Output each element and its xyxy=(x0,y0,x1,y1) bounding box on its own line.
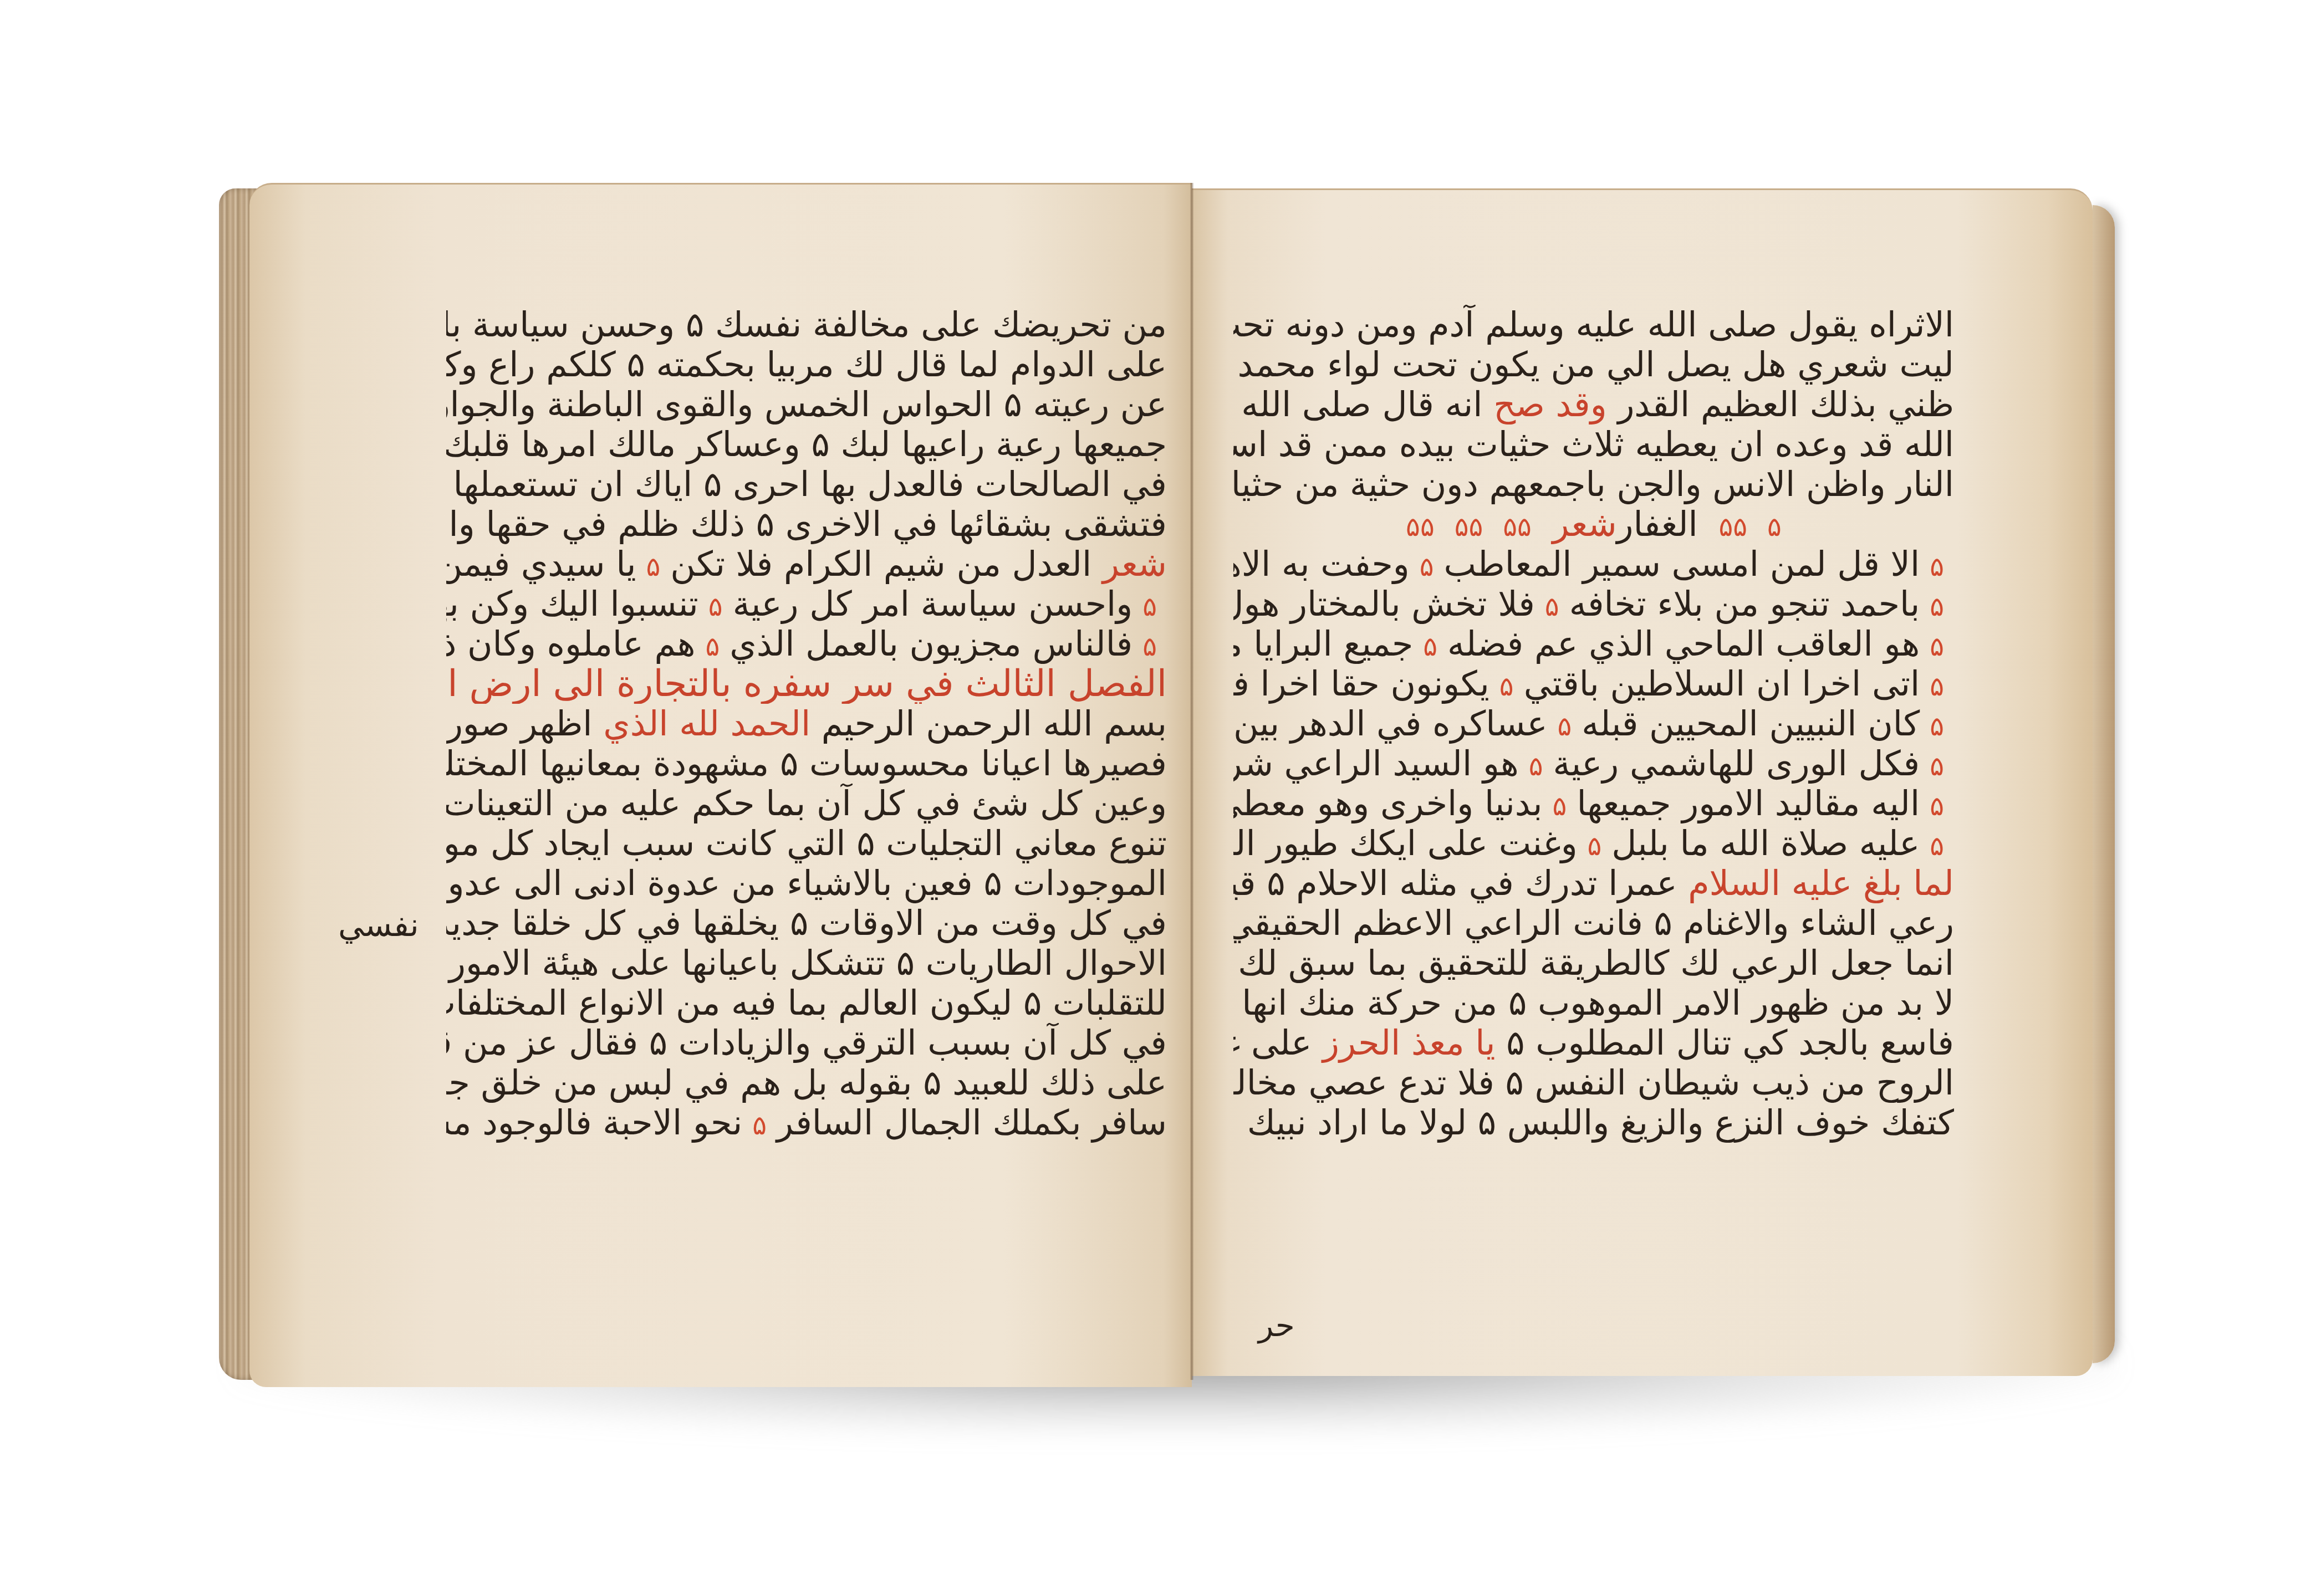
text-line: على الدوام لما قال لك مربيا بحكمته ۵ كلك… xyxy=(446,345,1167,385)
basmala-line: بسم الله الرحمن الرحيم الحمد لله الذي اظ… xyxy=(446,704,1167,744)
text-line: وعين كل شئ في كل آن بما حكم عليه من التع… xyxy=(446,784,1167,823)
text-line: ظني بذلك العظيم القدر وقد صح انه قال صلى… xyxy=(1233,385,1954,424)
text-line: الله قد وعده ان يعطيه ثلاث حثيات بيده مم… xyxy=(1233,424,1954,464)
text-line: في الصالحات فالعدل بها احرى ۵ اياك ان تس… xyxy=(446,464,1167,504)
text-line: فصيرها اعيانا محسوسات ۵ مشهودة بمعانيها … xyxy=(446,744,1167,784)
text-line: الموجودات ۵ فعين بالاشياء من عدوة ادنى ا… xyxy=(446,863,1167,903)
text-line: فتشقى بشقائها في الاخرى ۵ ذلك ظلم في حقه… xyxy=(446,504,1167,544)
text-line: الاثراه يقول صلى الله عليه وسلم آدم ومن … xyxy=(1233,305,1954,345)
text-line: في كل وقت من الاوقات ۵ يخلقها في كل خلقا… xyxy=(446,903,1167,943)
poem-line: ۵الا قل لمن امسى سمير المعاطب۵وحفت به ال… xyxy=(1233,544,1954,584)
rubric-line: فاسع بالجد كي تنال المطلوب ۵ يا معذ الحر… xyxy=(1233,1023,1954,1063)
poem-line: سافر بكملك الجمال السافر۵نحو الاحبة فالو… xyxy=(446,1103,1167,1143)
open-manuscript: من تحريضك على مخالفة نفسك ۵ وحسن سياسة ب… xyxy=(219,183,2115,1419)
margin-note: نفسي xyxy=(338,906,419,944)
poem-line: ۵عليه صلاة الله ما بلبل۵وغنت على ايكك طي… xyxy=(1233,823,1954,863)
poem-line: ۵واحسن سياسة امر كل رعية۵تنسبوا اليك وكن… xyxy=(446,584,1167,624)
catchword: حر xyxy=(1258,1308,1295,1344)
text-line: رعي الشاء والاغنام ۵ فانت الراعي الاعظم … xyxy=(1233,903,1954,943)
text-line: النار واظن الانس والجن باجمعهم دون حثية … xyxy=(1233,464,1954,504)
text-line: الروح من ذيب شيطان النفس ۵ فلا تدع عصي م… xyxy=(1233,1063,1954,1103)
poem-line: شعر العدل من شيم الكرام فلا تكن۵يا سيدي … xyxy=(446,544,1167,584)
chapter-heading: الفصل الثالث في سر سفره بالتجارة الى ارض… xyxy=(446,664,1167,704)
text-line: تنوع معاني التجليات ۵ التي كانت سبب ايجا… xyxy=(446,823,1167,863)
text-line: جميعها رعية راعيها لبك ۵ وعساكر مالك امر… xyxy=(446,424,1167,464)
poem-intro-line: ۵۵۵ الغفارشعر ۵۵۵۵۵۵ xyxy=(1233,504,1954,544)
right-page-text: الاثراه يقول صلى الله عليه وسلم آدم ومن … xyxy=(1233,305,1954,1143)
poem-line: ۵فالناس مجزيون بالعمل الذي۵هم عاملوه وكا… xyxy=(446,624,1167,664)
text-line: لا بد من ظهور الامر الموهوب ۵ من حركة من… xyxy=(1233,983,1954,1023)
text-line: انما جعل الرعي لك كالطريقة للتحقيق بما س… xyxy=(1233,943,1954,983)
poem-line: ۵اتى اخرا ان السلاطين باقتي۵يكونون حقا ا… xyxy=(1233,664,1954,704)
rubric-line: لما بلغ عليه السلام عمرا تدرك في مثله ال… xyxy=(1233,863,1954,903)
rubric-inline: وقد صح xyxy=(1493,385,1607,424)
text-line: الاحوال الطاريات ۵ تتشكل باعيانها على هي… xyxy=(446,943,1167,983)
poem-line: ۵باحمد تنجو من بلاء تخافه۵فلا تخش بالمخت… xyxy=(1233,584,1954,624)
text-line: للتقلبات ۵ ليكون العالم بما فيه من الانو… xyxy=(446,983,1167,1023)
text-line: في كل آن بسبب الترقي والزيادات ۵ فقال عز… xyxy=(446,1023,1167,1063)
poem-line: ۵فكل الورى للهاشمي رعية۵هو السيد الراعي … xyxy=(1233,744,1954,784)
left-page-text: من تحريضك على مخالفة نفسك ۵ وحسن سياسة ب… xyxy=(446,305,1167,1143)
right-page-stack xyxy=(2093,205,2115,1363)
book-gutter xyxy=(1190,183,1193,1380)
text-line: على ذلك للعبيد ۵ بقوله بل هم في لبس من خ… xyxy=(446,1063,1167,1103)
text-line: ليت شعري هل يصل الي من يكون تحت لواء محم… xyxy=(1233,345,1954,385)
text-line: كتفك خوف النزع والزيغ واللبس ۵ لولا ما ا… xyxy=(1233,1103,1954,1143)
text-line: من تحريضك على مخالفة نفسك ۵ وحسن سياسة ب… xyxy=(446,305,1167,345)
poem-line: ۵هو العاقب الماحي الذي عم فضله۵جميع البر… xyxy=(1233,624,1954,664)
poem-line: ۵كان النبيين المحيين قبله۵عساكره في الده… xyxy=(1233,704,1954,744)
poem-label: شعر xyxy=(1103,544,1167,584)
poem-line: ۵اليه مقاليد الامور جميعها۵بدنيا واخرى و… xyxy=(1233,784,1954,823)
text-line: عن رعيته ۵ الحواس الخمس والقوى الباطنة و… xyxy=(446,385,1167,424)
